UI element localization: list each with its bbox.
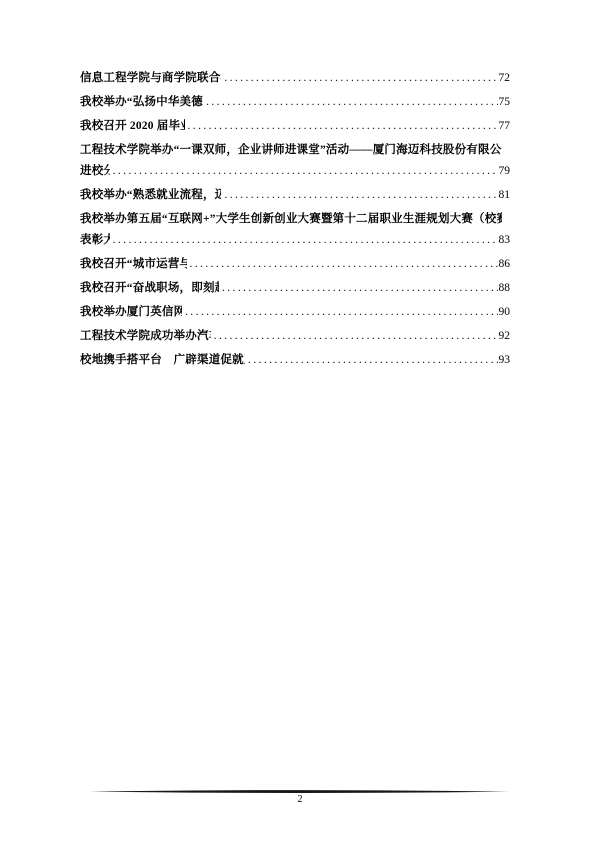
toc-entry[interactable]: 进校分享 79 xyxy=(80,159,510,183)
toc-page-number: 90 xyxy=(499,305,511,319)
toc-page-number: 83 xyxy=(499,233,511,247)
toc-entry-title: 我校举办厦门英信网景集团专场宣讲会 xyxy=(80,305,182,319)
toc-page-number: 79 xyxy=(499,164,511,178)
toc-page-number: 88 xyxy=(499,281,511,295)
toc-dot-leader xyxy=(219,281,498,295)
toc-entry-title: 进校分享 xyxy=(80,164,110,178)
toc-page-number: 92 xyxy=(499,329,511,343)
toc-entry[interactable]: 表彰大会 83 xyxy=(80,228,510,252)
toc-entry[interactable]: 我校召开“城市运营与资本规划”专题讲座 86 xyxy=(80,252,510,276)
toc-entry-title: 我校召开“城市运营与资本规划”专题讲座 xyxy=(80,257,187,271)
toc-dot-leader xyxy=(221,188,497,202)
toc-entry-title: 信息工程学院与商学院联合举办毕业生就业指导暨企业宣讲会 xyxy=(80,71,221,85)
table-of-contents: 信息工程学院与商学院联合举办毕业生就业指导暨企业宣讲会 72 我校举办“弘扬中华… xyxy=(80,66,510,372)
toc-dot-leader xyxy=(187,257,498,271)
toc-page-number: 86 xyxy=(499,257,511,271)
toc-dot-leader xyxy=(182,305,497,319)
toc-dot-leader xyxy=(110,233,498,247)
toc-dot-leader xyxy=(245,353,497,367)
toc-dot-leader xyxy=(185,119,498,133)
toc-dot-leader xyxy=(221,71,497,85)
toc-entry[interactable]: 我校举办厦门英信网景集团专场宣讲会 90 xyxy=(80,300,510,324)
toc-entry[interactable]: 校地携手搭平台 广辟渠道促就业——我校隆重举办 2020 届毕业生校园招聘会 9… xyxy=(80,348,510,372)
document-page: 信息工程学院与商学院联合举办毕业生就业指导暨企业宣讲会 72 我校举办“弘扬中华… xyxy=(0,0,600,849)
toc-entry-title: 我校举办“熟悉就业流程，迈好职场第一步”就业指导专题讲座 xyxy=(80,188,221,202)
toc-entry[interactable]: 我校召开 2020 届毕业生就业工作培训会 77 xyxy=(80,114,510,138)
toc-dot-leader xyxy=(211,329,498,343)
toc-entry-title: 校地携手搭平台 广辟渠道促就业——我校隆重举办 2020 届毕业生校园招聘会 xyxy=(80,353,245,367)
toc-page-number: 72 xyxy=(499,71,511,85)
toc-page-number: 93 xyxy=(499,353,511,367)
toc-entry-title: 我校召开“奋战职场，即刻起航”2020 届毕业生就业动员大会 xyxy=(80,281,219,295)
toc-page-number: 81 xyxy=(499,188,511,202)
toc-entry[interactable]: 我校举办“弘扬中华美德，关爱贫困学子”主题讲座 75 xyxy=(80,90,510,114)
toc-entry-title: 表彰大会 xyxy=(80,233,110,247)
toc-entry[interactable]: 我校召开“奋战职场，即刻起航”2020 届毕业生就业动员大会 88 xyxy=(80,276,510,300)
toc-entry-title: 我校举办第五届“互联网+”大学生创新创业大赛暨第十二届职业生涯规划大赛（校赛） xyxy=(80,212,502,226)
toc-entry-title: 工程技术学院举办“一课双师，企业讲师进课堂”活动——厦门海迈科技股份有限公司 xyxy=(80,143,502,157)
toc-page-number: 75 xyxy=(499,95,511,109)
toc-dot-leader xyxy=(110,164,498,178)
toc-entry[interactable]: 工程技术学院成功举办汽车检测与维修专业就业宣讲会 92 xyxy=(80,324,510,348)
toc-entry[interactable]: 我校举办“熟悉就业流程，迈好职场第一步”就业指导专题讲座 81 xyxy=(80,183,510,207)
toc-entry[interactable]: 信息工程学院与商学院联合举办毕业生就业指导暨企业宣讲会 72 xyxy=(80,66,510,90)
toc-entry-title: 我校举办“弘扬中华美德，关爱贫困学子”主题讲座 xyxy=(80,95,203,109)
footer-page-number: 2 xyxy=(0,794,600,805)
toc-entry[interactable]: 我校举办第五届“互联网+”大学生创新创业大赛暨第十二届职业生涯规划大赛（校赛） xyxy=(80,207,510,228)
toc-entry-title: 我校召开 2020 届毕业生就业工作培训会 xyxy=(80,119,185,133)
toc-entry-title: 工程技术学院成功举办汽车检测与维修专业就业宣讲会 xyxy=(80,329,211,343)
toc-page-number: 77 xyxy=(499,119,511,133)
toc-entry[interactable]: 工程技术学院举办“一课双师，企业讲师进课堂”活动——厦门海迈科技股份有限公司 xyxy=(80,138,510,159)
toc-dot-leader xyxy=(203,95,497,109)
